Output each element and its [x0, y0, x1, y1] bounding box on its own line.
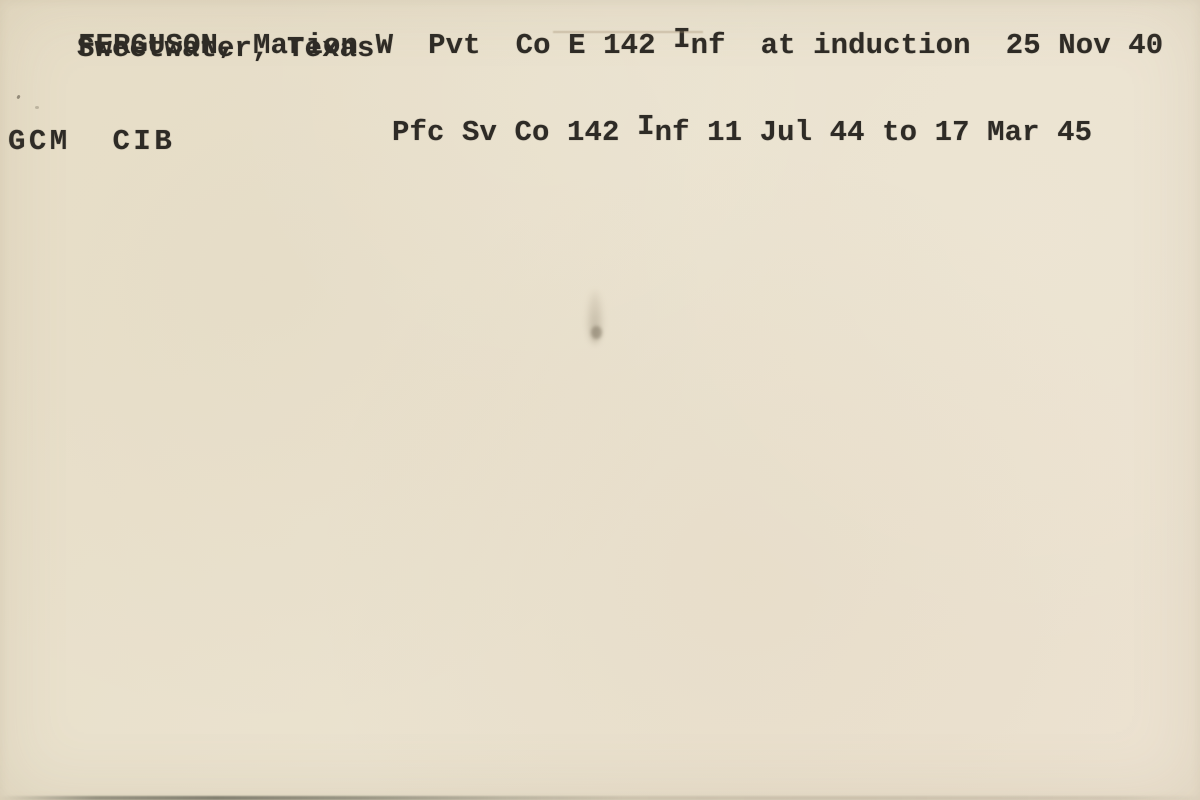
- paper-speck: [35, 106, 39, 109]
- scan-bottom-edge-shadow: [0, 796, 1200, 800]
- paper-speck: [16, 95, 21, 100]
- awards-line: GCM CIB: [8, 127, 175, 156]
- service-superscript-i: I: [637, 110, 655, 143]
- hometown-line: Sweetwater, Texas: [77, 34, 375, 63]
- service-line: Pfc Sv Co 142 Inf 11 Jul 44 to 17 Mar 45: [322, 89, 1092, 176]
- index-card: FERGUSON, Marion W Pvt Co E 142 Inf at i…: [0, 0, 1200, 800]
- induction-line-text-cont: nf at induction 25 Nov 40: [691, 29, 1164, 62]
- service-line-text: Pfc Sv Co 142: [392, 116, 637, 149]
- induction-superscript-i: I: [673, 23, 691, 56]
- scan-artifact-line: [553, 31, 703, 33]
- paper-smudge-core: [591, 326, 602, 339]
- service-line-text-cont: nf 11 Jul 44 to 17 Mar 45: [655, 116, 1093, 149]
